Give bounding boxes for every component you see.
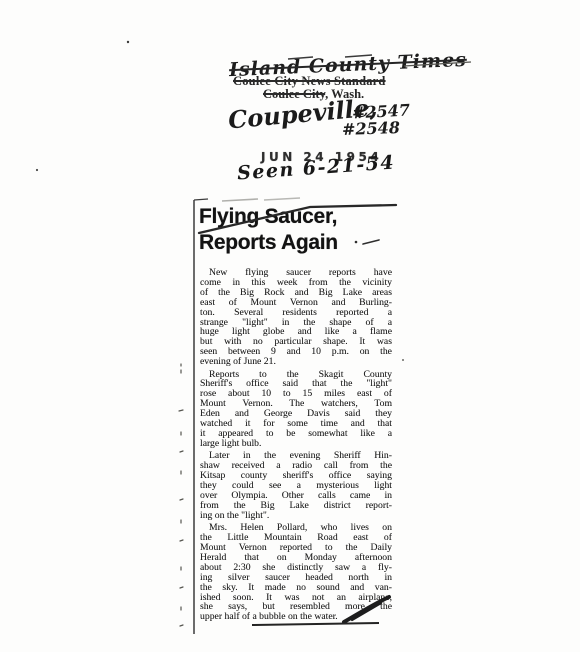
headline-line-1: Flying Saucer,: [199, 204, 369, 230]
article-headline: Flying Saucer, Reports Again: [199, 204, 369, 256]
scan-speck: [36, 169, 38, 171]
article-paragraph: Mrs. Helen Pollard, who lives onthe Litt…: [200, 523, 392, 622]
clipping-number-2: #2548: [342, 118, 401, 139]
newspaper-clipping-scan: Island County Times Coulee City News Sta…: [0, 0, 580, 652]
scan-speck: [402, 359, 404, 361]
article-line: the sky. It made no sound and van-: [200, 583, 392, 593]
column-rule-tick: [194, 199, 208, 200]
article-line: evening of June 21.: [200, 357, 392, 367]
article-line: large light bulb.: [200, 439, 392, 449]
article-paragraph: Later in the evening Sheriff Hin-shaw re…: [200, 451, 392, 520]
margin-ticks: [179, 364, 183, 626]
scan-speck: [127, 41, 129, 43]
article-body: New flying saucer reports havecome in th…: [200, 268, 392, 625]
article-line: ing on the "light".: [200, 511, 392, 521]
smudge-dash: [264, 198, 300, 200]
headline-line-2: Reports Again: [199, 230, 369, 256]
article-paragraph: Reports to the Skagit CountySheriff's of…: [200, 370, 392, 449]
smudge-dash: [222, 199, 258, 201]
printed-name-text: Coulee City News Standard: [233, 74, 386, 88]
article-line: upper half of a bubble on the water.: [200, 612, 392, 622]
article-paragraph: New flying saucer reports havecome in th…: [200, 268, 392, 367]
